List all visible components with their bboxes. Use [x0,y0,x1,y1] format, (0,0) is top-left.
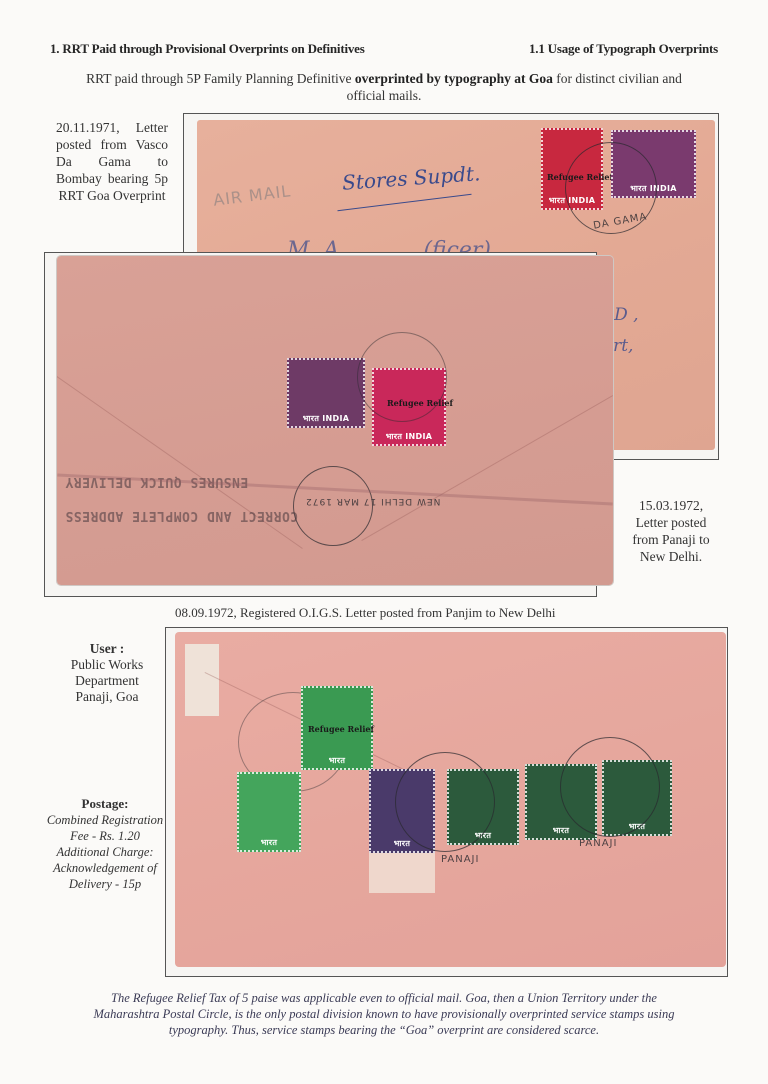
postmark-new-delhi [293,466,373,546]
footer-note: The Refugee Relief Tax of 5 paise was ap… [78,990,690,1038]
cover-1-caption: 20.11.1971, Letter posted from Vasco Da … [56,119,168,204]
postmark-text: PANAJI [441,854,479,865]
underline-stroke [337,194,471,211]
postmark-panaji [357,332,447,422]
user-line: Department [48,673,166,689]
postage-label: Postage: [46,796,164,812]
user-line: Panaji, Goa [48,689,166,705]
handwritten-address: Stores Supdt. [341,161,481,195]
postage-info: Postage: Combined Registration Fee - Rs.… [46,796,164,892]
slogan-cancel-line-2: CORRECT AND COMPLETE ADDRESS [65,508,298,523]
cover-2-caption: 15.03.1972, Letter posted from Panaji to… [628,497,714,565]
overprint-refugee-relief: Refugee Relief [308,724,374,734]
arrival-postmark-text: NEW DELHI 17 MAR 1972 [305,496,440,506]
user-info: User : Public Works Department Panaji, G… [48,641,166,705]
torn-corner [185,644,219,716]
postage-line: Acknowledgement of [46,860,164,876]
user-label: User : [48,641,166,657]
cover-3-envelope: भारत Refugee Relief भारत भारत भारत भारत … [175,632,726,967]
section-title: 1. RRT Paid through Provisional Overprin… [50,41,365,57]
postage-line: Combined Registration [46,812,164,828]
intro-emphasis: overprinted by typography at Goa [355,71,553,86]
stamp-service-5p: भारत [237,772,301,852]
user-line: Public Works [48,657,166,673]
stamp-gnat: भारत INDIA [287,358,365,428]
cover-3-caption: 08.09.1972, Registered O.I.G.S. Letter p… [175,604,556,621]
subsection-title: 1.1 Usage of Typograph Overprints [529,41,718,57]
stamp-selvage [369,853,435,893]
postage-line: Fee - Rs. 1.20 [46,828,164,844]
postmark-panaji [395,752,495,852]
postage-line: Additional Charge: [46,844,164,860]
postmark-panaji [560,737,660,837]
airmail-marking: AIR MAIL [212,181,292,209]
postage-line: Delivery - 15p [46,876,164,892]
intro-text: RRT paid through 5P Family Planning Defi… [80,70,688,104]
cover-2-envelope: भारत INDIA भारत INDIA Refugee Relief NEW… [57,256,613,585]
postmark-text: PANAJI [579,838,617,849]
